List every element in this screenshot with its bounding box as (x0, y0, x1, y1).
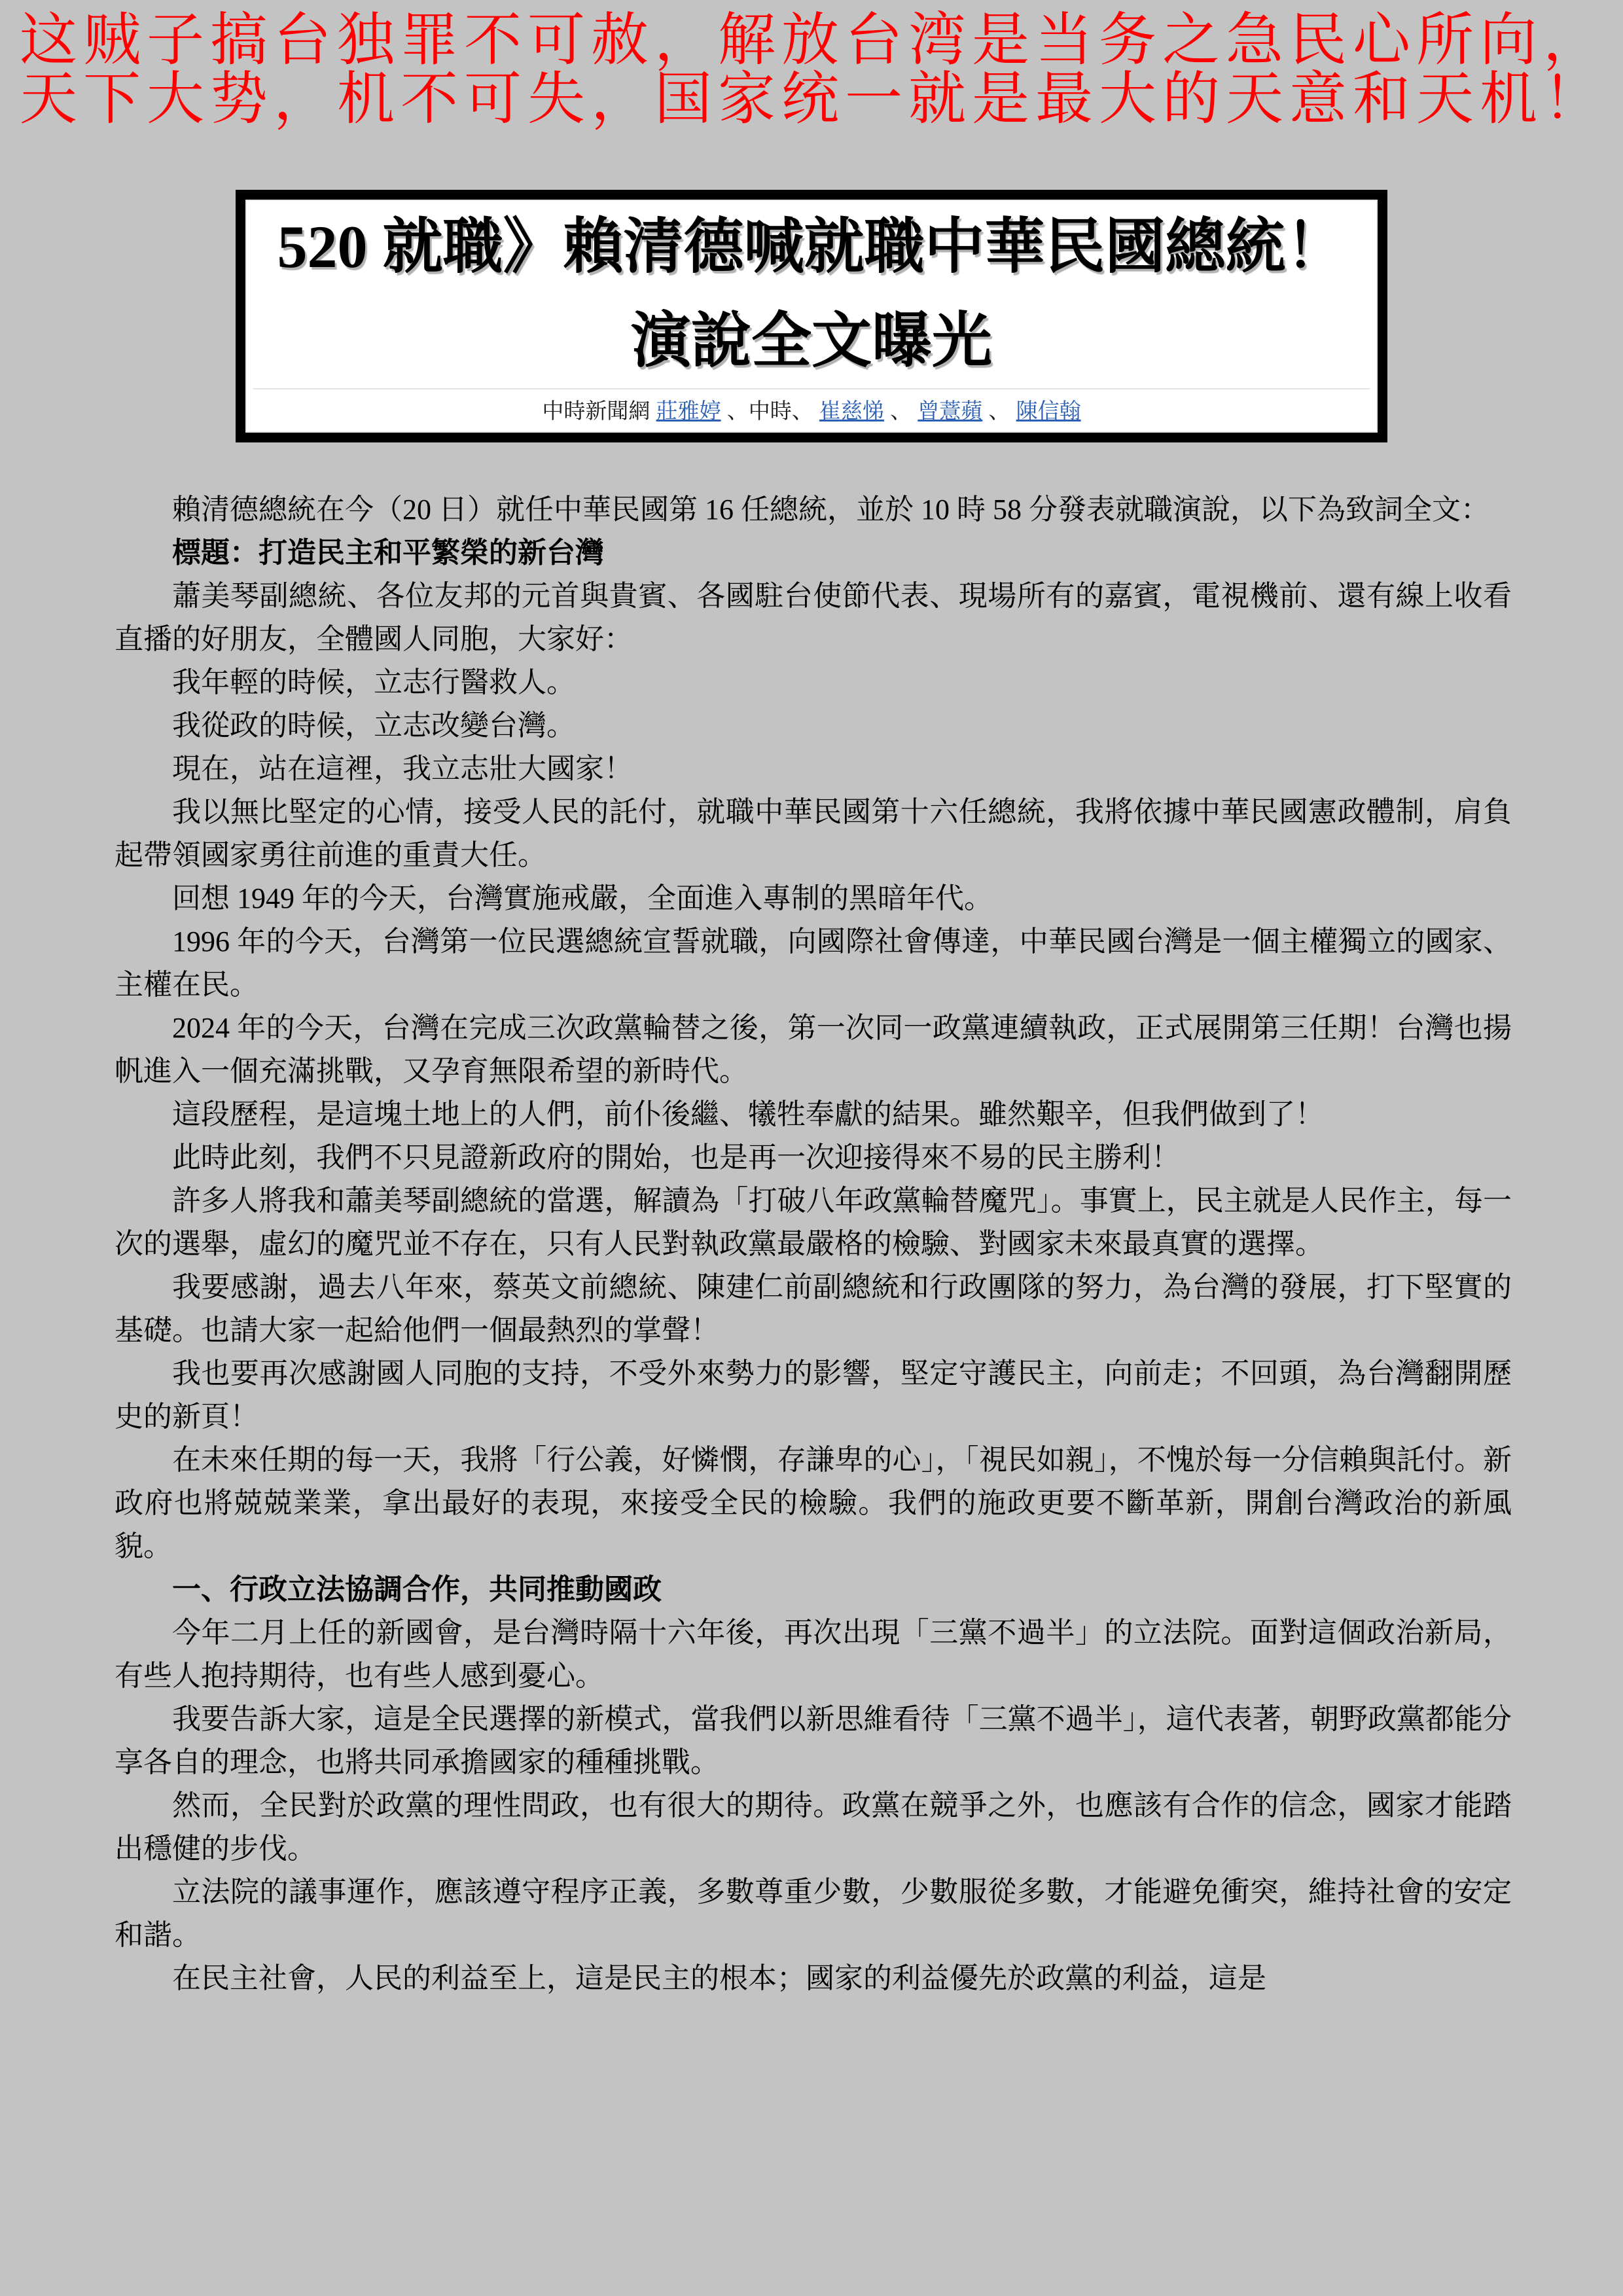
article-paragraph: 然而，全民對於政黨的理性問政，也有很大的期待。政黨在競爭之外，也應該有合作的信念… (115, 1784, 1512, 1871)
article-paragraph: 此時此刻，我們不只見證新政府的開始，也是再一次迎接得來不易的民主勝利！ (115, 1136, 1512, 1179)
byline: 中時新聞網 莊雅婷 、中時、 崔慈悌 、 曾薏蘋 、 陳信翰 (245, 389, 1378, 433)
red-banner-line-2: 天下大势，机不可失，国家统一就是最大的天意和天机！ (20, 71, 1623, 130)
article-paragraph: 賴清德總統在今（20 日）就任中華民國第 16 任總統，並於 10 時 58 分… (115, 488, 1512, 531)
article-paragraph: 我也要再次感謝國人同胞的支持，不受外來勢力的影響，堅定守護民主，向前走；不回頭，… (115, 1352, 1512, 1439)
article-body: 賴清德總統在今（20 日）就任中華民國第 16 任總統，並於 10 時 58 分… (115, 488, 1512, 2000)
page: 这贼子搞台独罪不可赦，解放台湾是当务之急民心所向， 天下大势，机不可失，国家统一… (0, 0, 1623, 2296)
article-paragraph: 立法院的議事運作，應該遵守程序正義，多數尊重少數，少數服從多數，才能避免衝突，維… (115, 1871, 1512, 1957)
article-paragraph: 我要感謝，過去八年來，蔡英文前總統、陳建仁前副總統和行政團隊的努力，為台灣的發展… (115, 1266, 1512, 1352)
headline-box: 520 就職》賴清德喊就職中華民國總統！ 演說全文曝光 中時新聞網 莊雅婷 、中… (236, 190, 1387, 442)
article-paragraph: 蕭美琴副總統、各位友邦的元首與貴賓、各國駐台使節代表、現場所有的嘉賓，電視機前、… (115, 575, 1512, 661)
article-paragraph: 現在，站在這裡，我立志壯大國家！ (115, 747, 1512, 791)
red-banner-line-1: 这贼子搞台独罪不可赦，解放台湾是当务之急民心所向， (20, 12, 1623, 71)
article-paragraph: 我年輕的時候，立志行醫救人。 (115, 661, 1512, 704)
article-paragraph: 今年二月上任的新國會，是台灣時隔十六年後，再次出現「三黨不過半」的立法院。面對這… (115, 1611, 1512, 1698)
byline-author-link[interactable]: 陳信翰 (1016, 399, 1081, 423)
headline-title: 520 就職》賴清德喊就職中華民國總統！ 演說全文曝光 (245, 200, 1378, 388)
byline-author-link[interactable]: 崔慈悌 (819, 399, 884, 423)
article-paragraph: 許多人將我和蕭美琴副總統的當選，解讀為「打破八年政黨輪替魔咒」。事實上，民主就是… (115, 1179, 1512, 1266)
byline-text: 中時新聞網 (542, 399, 656, 423)
article-paragraph: 2024 年的今天，台灣在完成三次政黨輪替之後，第一次同一政黨連續執政，正式展開… (115, 1007, 1512, 1093)
article-paragraph: 我從政的時候，立志改變台灣。 (115, 704, 1512, 747)
article-paragraph: 這段歷程，是這塊土地上的人們，前仆後繼、犧牲奉獻的結果。雖然艱辛，但我們做到了！ (115, 1093, 1512, 1136)
article-paragraph: 1996 年的今天，台灣第一位民選總統宣誓就職，向國際社會傳達，中華民國台灣是一… (115, 920, 1512, 1007)
byline-author-link[interactable]: 莊雅婷 (656, 399, 721, 423)
article-paragraph: 我要告訴大家，這是全民選擇的新模式，當我們以新思維看待「三黨不過半」，這代表著，… (115, 1698, 1512, 1784)
article-section-heading: 標題：打造民主和平繁榮的新台灣 (115, 531, 1512, 575)
article-paragraph: 回想 1949 年的今天，台灣實施戒嚴，全面進入專制的黑暗年代。 (115, 877, 1512, 920)
headline-title-line-1: 520 就職》賴清德喊就職中華民國總統！ (252, 200, 1371, 294)
red-banner: 这贼子搞台独罪不可赦，解放台湾是当务之急民心所向， 天下大势，机不可失，国家统一… (0, 0, 1623, 130)
byline-text: 、中時、 (721, 399, 819, 423)
article-paragraph: 在民主社會，人民的利益至上，這是民主的根本；國家的利益優先於政黨的利益，這是 (115, 1957, 1512, 2000)
article-section-heading: 一、行政立法協調合作，共同推動國政 (115, 1568, 1512, 1611)
article-paragraph: 我以無比堅定的心情，接受人民的託付，就職中華民國第十六任總統，我將依據中華民國憲… (115, 791, 1512, 877)
byline-author-link[interactable]: 曾薏蘋 (918, 399, 982, 423)
headline-title-line-2: 演說全文曝光 (252, 294, 1371, 388)
byline-text: 、 (982, 399, 1016, 423)
article-paragraph: 在未來任期的每一天，我將「行公義，好憐憫，存謙卑的心」，「視民如親」，不愧於每一… (115, 1439, 1512, 1568)
byline-text: 、 (884, 399, 918, 423)
